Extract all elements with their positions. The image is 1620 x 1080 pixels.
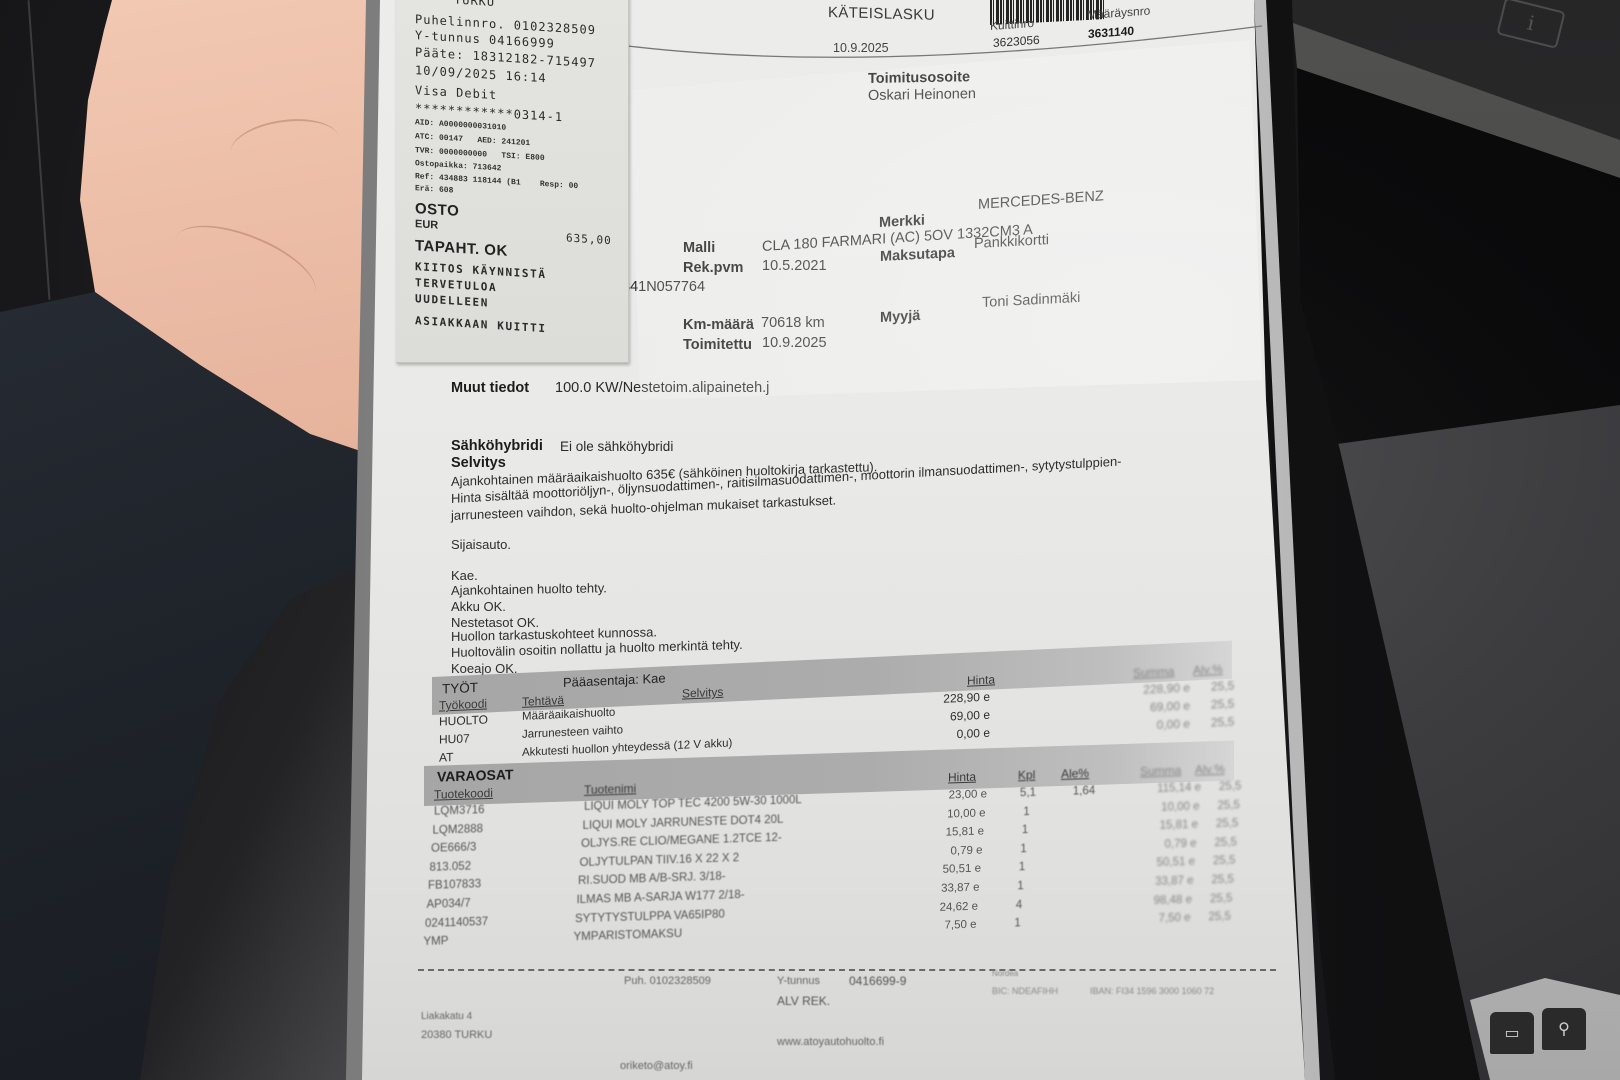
part-vat: 25,5 xyxy=(1216,819,1238,831)
part-code: FB107833 xyxy=(428,880,481,893)
receipt-transaction-type: OSTO xyxy=(415,201,459,219)
photo-scene: i ▭ ⚲ KÄTEISLASKU 10.9.2025 Kuittinro 36… xyxy=(0,0,1620,1080)
other-info-label: Muut tiedot xyxy=(451,381,529,396)
receipt-copy-label: ASIAKKAAN KUITTI xyxy=(415,315,547,334)
labor-col-total: Summa xyxy=(1133,665,1174,679)
note-line: Kae. xyxy=(451,569,478,582)
part-code: OE666/3 xyxy=(431,843,476,856)
order-no: 3631140 xyxy=(1088,25,1134,40)
part-discount: 1,64 xyxy=(1064,786,1104,799)
hybrid-value: Ei ole sähköhybridi xyxy=(560,440,673,454)
part-discount xyxy=(1060,842,1100,843)
part-price: 7,50 e xyxy=(887,920,977,934)
footer-business-id-label: Y-tunnus xyxy=(777,976,820,987)
part-vat: 25,5 xyxy=(1209,912,1231,924)
part-discount xyxy=(1061,823,1101,824)
labor-task: Jarrunesteen vaihto xyxy=(522,725,623,741)
part-discount xyxy=(1057,879,1097,880)
part-qty: 4 xyxy=(999,899,1039,912)
receipt-atc: ATC: 00147 AED: 241201 xyxy=(415,133,530,148)
part-total: 15,81 e xyxy=(1108,820,1198,834)
receipt-thanks: TERVETULOA xyxy=(415,277,497,293)
part-discount xyxy=(1054,916,1094,917)
parts-col-total: Summa xyxy=(1140,764,1181,777)
footer-postal: 20380 TURKU xyxy=(421,1030,492,1041)
part-price: 50,51 e xyxy=(891,864,981,878)
parts-col-vat: Alv.% xyxy=(1195,763,1225,776)
receipt-no-label: Kuittinro xyxy=(990,17,1034,32)
part-price: 0,79 e xyxy=(893,845,983,859)
labor-vat: 25,5 xyxy=(1211,698,1234,711)
part-price: 10,00 e xyxy=(896,808,986,822)
note-line: Ajankohtainen huolto tehty. xyxy=(451,581,607,597)
part-discount xyxy=(1063,804,1103,805)
part-total: 98,48 e xyxy=(1102,894,1192,908)
labor-col-code: Työkoodi xyxy=(439,698,487,712)
part-total: 10,00 e xyxy=(1110,801,1200,815)
footer-bic: BIC: NDEAFIHH xyxy=(992,987,1058,996)
labor-section-label: TYÖT xyxy=(442,681,478,696)
part-vat: 25,5 xyxy=(1212,875,1234,887)
parts-col-code: Tuotekoodi xyxy=(434,787,493,801)
labor-col-vat: Alv.% xyxy=(1193,663,1223,676)
receipt-content: TURKU Puhelinnro. 0102328509 Y-tunnus 04… xyxy=(396,0,628,380)
footer-phone: Puh. 0102328509 xyxy=(624,976,711,987)
invoice-title: KÄTEISLASKU xyxy=(828,5,935,23)
receipt-datetime: 10/09/2025 16:14 xyxy=(415,64,547,84)
receipt-amount: 635,00 xyxy=(566,232,612,246)
receipt-no: 3623056 xyxy=(993,34,1040,49)
part-total: 7,50 e xyxy=(1101,913,1191,927)
part-total: 33,87 e xyxy=(1104,876,1194,890)
labor-code: HU07 xyxy=(439,732,470,745)
part-name: SYTYTYSTULPPA VA65IP80 xyxy=(575,909,725,925)
part-code: YMP xyxy=(424,936,449,948)
labor-code: AT xyxy=(439,751,453,764)
receipt-batch: Erä: 608 xyxy=(415,185,453,195)
parts-col-name: Tuotenimi xyxy=(584,782,636,796)
part-qty: 5,1 xyxy=(1008,787,1048,800)
parts-col-price: Hinta xyxy=(948,771,976,784)
receipt-merchant-id: Ostopaikka: 713642 xyxy=(415,160,501,173)
part-price: 15,81 e xyxy=(894,827,984,841)
part-qty: 1 xyxy=(1004,843,1044,856)
part-price: 33,87 e xyxy=(890,883,980,897)
labor-task: Määräaikaishuolto xyxy=(522,708,615,724)
card-receipt: TURKU Puhelinnro. 0102328509 Y-tunnus 04… xyxy=(396,0,629,363)
parts-table: VARAOSAT Tuotekoodi Tuotenimi Hinta Kpl … xyxy=(424,740,1254,966)
parts-section-label: VARAOSAT xyxy=(437,767,513,783)
footer-vat-registered: ALV REK. xyxy=(777,995,830,1007)
part-total: 115,14 e xyxy=(1111,783,1201,797)
footer-bank: Nordea xyxy=(992,970,1018,978)
labor-col-task: Tehtävä xyxy=(522,694,564,708)
part-qty: 1 xyxy=(1002,862,1042,875)
part-qty: 1 xyxy=(998,918,1038,931)
part-qty: 1 xyxy=(1001,881,1041,894)
part-price: 24,62 e xyxy=(888,901,978,915)
receipt-currency: EUR xyxy=(415,219,438,231)
part-code: 0241140537 xyxy=(425,917,488,930)
receipt-thanks: UUDELLEEN xyxy=(415,293,489,309)
footer-iban: IBAN: FI34 1596 3000 1060 72 xyxy=(1090,987,1214,996)
receipt-aid: AID: A0000000031010 xyxy=(415,119,506,133)
receipt-card-type: Visa Debit xyxy=(415,84,497,101)
parts-col-discount: Ale% xyxy=(1061,767,1089,780)
parts-col-qty: Kpl xyxy=(1018,769,1035,782)
footer-business-id: 0416699-9 xyxy=(849,975,906,987)
note-line: Sijaisauto. xyxy=(451,538,511,551)
part-name: ÖLJYTULPAN TIIV.16 X 22 X 2 xyxy=(580,853,740,870)
part-name: ILMAS MB A-SARJA W177 2/18- xyxy=(577,890,745,907)
invoice-date: 10.9.2025 xyxy=(833,42,889,55)
part-vat: 25,5 xyxy=(1210,893,1232,905)
part-total: 0,79 e xyxy=(1107,839,1197,853)
part-vat: 25,5 xyxy=(1218,800,1240,812)
part-name: YMPÄRISTÖMAKSU xyxy=(574,929,683,944)
part-vat: 25,5 xyxy=(1215,837,1237,849)
part-discount xyxy=(1058,860,1098,861)
part-code: LQM2888 xyxy=(433,824,484,837)
receipt-merchant-city: TURKU xyxy=(454,0,495,8)
footer-email: oriketo@atoy.fi xyxy=(620,1061,693,1072)
part-price: 23,00 e xyxy=(897,789,987,803)
part-vat: 25,5 xyxy=(1213,856,1235,868)
part-discount xyxy=(1055,898,1095,899)
labor-col-price: Hinta xyxy=(967,673,995,686)
part-code: 813.052 xyxy=(430,861,472,874)
part-code: AP034/7 xyxy=(427,899,471,912)
footer-street: Liakakatu 4 xyxy=(421,1012,472,1022)
part-qty: 1 xyxy=(1007,806,1047,819)
receipt-status: TAPAHT. OK xyxy=(415,238,508,259)
labor-vat: 25,5 xyxy=(1211,680,1234,693)
hybrid-label: Sähköhybridi xyxy=(451,439,543,454)
explanation-label: Selvitys xyxy=(451,456,506,471)
labor-vat: 25,5 xyxy=(1211,716,1234,729)
footer-divider xyxy=(418,969,1276,971)
footer-website: www.atoyautohuolto.fi xyxy=(777,1037,884,1048)
labor-col-description: Selvitys xyxy=(682,686,723,700)
part-name: RI.SUOD MB A/B-SRJ. 3/18- xyxy=(578,872,726,888)
part-code: LQM3716 xyxy=(434,805,485,818)
part-qty: 1 xyxy=(1005,825,1045,838)
note-line: Akku OK. xyxy=(451,600,506,613)
part-total: 50,51 e xyxy=(1105,857,1195,871)
labor-code: HUOLTO xyxy=(439,713,488,727)
part-vat: 25,5 xyxy=(1219,781,1241,793)
